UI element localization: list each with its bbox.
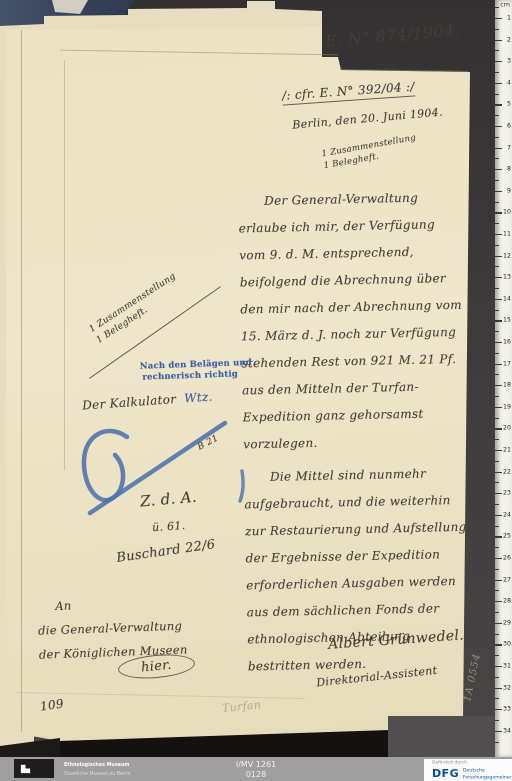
ruler-tick <box>495 720 499 721</box>
ruler-tick <box>495 698 499 699</box>
letter-body: Der General-Verwaltung erlaube ich mir, … <box>238 184 474 687</box>
ruler-tick <box>495 72 499 73</box>
ruler-number: 18 <box>501 381 511 388</box>
ruler-tick <box>495 115 499 116</box>
ruler-tick <box>495 180 499 181</box>
dfg-logo: Gefördert durch DFG Deutsche Forschungsg… <box>424 759 512 781</box>
ruler-tick <box>495 288 499 289</box>
ruler-tick <box>495 374 499 375</box>
ruler-number: 27 <box>501 576 511 583</box>
ruler-number: 5 <box>501 100 511 107</box>
ruler-tick <box>495 158 499 159</box>
ruler-tick <box>495 7 499 8</box>
ruler-number: 16 <box>501 338 511 345</box>
body-paragraph: Der General-Verwaltung erlaube ich mir, … <box>238 184 470 459</box>
ruler-tick <box>495 569 499 570</box>
ruler-number: 13 <box>501 273 511 280</box>
ruler-tick <box>495 50 499 51</box>
ruler-number: 31 <box>501 662 511 669</box>
ruler-tick <box>495 266 499 267</box>
ruler-number: 23 <box>501 489 511 496</box>
ruler-number: 21 <box>501 446 511 453</box>
ruler-number: 28 <box>501 597 511 604</box>
ruler-number: 29 <box>501 619 511 626</box>
ruler-number: 15 <box>501 316 511 323</box>
backdrop-below-page <box>388 716 496 757</box>
ruler-number: 3 <box>501 57 511 64</box>
dfg-abbreviation: DFG <box>432 767 459 780</box>
viewer-footer: Ethnologisches Museum Staatliche Museen … <box>0 757 512 781</box>
ruler-unit-label: cm <box>499 1 510 8</box>
ruler-number: 6 <box>501 122 511 129</box>
ruler-tick <box>495 418 499 419</box>
ruler-number: 9 <box>501 187 511 194</box>
ruler-tick <box>495 439 499 440</box>
ruler-number: 25 <box>501 532 511 539</box>
scan-viewer: E. N° 874/1904. /: cfr. E. N° 392/04 :/ … <box>0 0 512 781</box>
ruler-number: 32 <box>501 684 511 691</box>
ruler-number: 11 <box>501 230 511 237</box>
ruler-tick <box>495 634 499 635</box>
ruler-tick <box>495 310 499 311</box>
ruler-number: 19 <box>501 403 511 410</box>
ruler-tick <box>495 482 499 483</box>
ruler-number: 26 <box>501 554 511 561</box>
ruler-tick <box>495 353 499 354</box>
ruler-tick <box>495 331 499 332</box>
ruler-tick <box>495 742 499 743</box>
ruler-number: 7 <box>501 144 511 151</box>
ruler-number: 1 <box>501 14 511 21</box>
ruler-number: 14 <box>501 295 511 302</box>
page-left-edge <box>21 30 22 732</box>
ruler-number: 17 <box>501 360 511 367</box>
ruler-number: 34 <box>501 727 511 734</box>
ruler-tick <box>495 612 499 613</box>
ruler-tick <box>495 677 499 678</box>
ruler-tick <box>495 590 499 591</box>
ruler-tick <box>495 526 499 527</box>
ruler-number: 8 <box>501 165 511 172</box>
ruler-number: 30 <box>501 640 511 647</box>
ruler-number: 24 <box>501 511 511 518</box>
ruler-tick <box>495 396 499 397</box>
ruler-tick <box>495 223 499 224</box>
ruler-number: 20 <box>501 424 511 431</box>
ruler: cm 1234567891011121314151617181920212223… <box>495 0 512 757</box>
ruler-tick <box>495 94 499 95</box>
ruler-number: 2 <box>501 36 511 43</box>
ruler-number: 12 <box>501 252 511 259</box>
ruler-number: 10 <box>501 208 511 215</box>
ruler-tick <box>495 461 499 462</box>
dfg-full-name: Deutsche Forschungsgemeinschaft <box>463 767 512 780</box>
ruler-number: 22 <box>501 468 511 475</box>
ruler-number: 33 <box>501 705 511 712</box>
ruler-tick <box>495 245 499 246</box>
disposal-note-2: ü. 61. <box>152 519 186 534</box>
ruler-number: 4 <box>501 79 511 86</box>
ruler-tick <box>495 29 499 30</box>
ruler-tick <box>495 655 499 656</box>
audit-stamp: Nach den Belägen und rechnerisch richtig <box>140 358 241 382</box>
ruler-tick <box>495 202 499 203</box>
funding-label: Gefördert durch <box>432 760 476 764</box>
ruler-tick <box>495 137 499 138</box>
ruler-tick <box>495 504 499 505</box>
ruler-tick <box>495 547 499 548</box>
